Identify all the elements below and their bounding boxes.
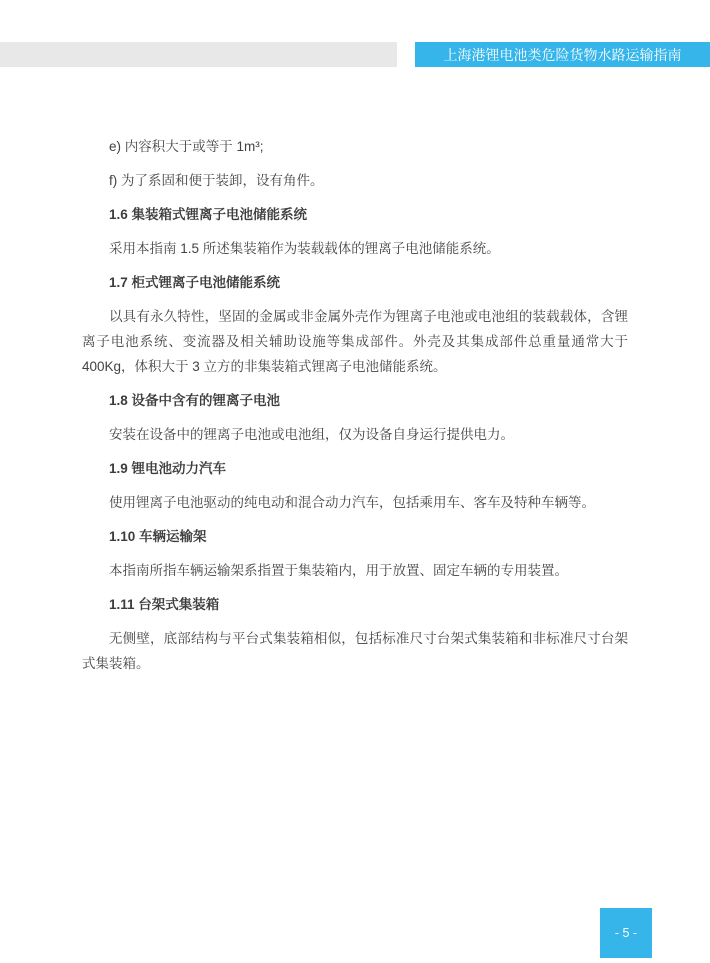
paragraph-1-10: 本指南所指车辆运输架系指置于集装箱内，用于放置、固定车辆的专用装置。 [82, 558, 628, 583]
heading-1-6: 1.6 集装箱式锂离子电池储能系统 [82, 202, 628, 227]
paragraph-1-7: 以具有永久特性，坚固的金属或非金属外壳作为锂离子电池或电池组的装载载体，含锂离子… [82, 304, 628, 379]
paragraph-1-8: 安装在设备中的锂离子电池或电池组，仅为设备自身运行提供电力。 [82, 422, 628, 447]
page-number: - 5 - [615, 926, 637, 940]
heading-1-8: 1.8 设备中含有的锂离子电池 [82, 388, 628, 413]
paragraph-1-9: 使用锂离子电池驱动的纯电动和混合动力汽车，包括乘用车、客车及特种车辆等。 [82, 490, 628, 515]
heading-1-7: 1.7 柜式锂离子电池储能系统 [82, 270, 628, 295]
page-number-badge: - 5 - [600, 908, 652, 958]
header-gray-bar [0, 42, 397, 67]
header-title-bar: 上海港锂电池类危险货物水路运输指南 [415, 42, 710, 67]
clause-e: e) 内容积大于或等于 1m³; [82, 134, 628, 159]
paragraph-1-11: 无侧壁，底部结构与平台式集装箱相似，包括标准尺寸台架式集装箱和非标准尺寸台架式集… [82, 626, 628, 676]
paragraph-1-6: 采用本指南 1.5 所述集装箱作为装载载体的锂离子电池储能系统。 [82, 236, 628, 261]
document-title: 上海港锂电池类危险货物水路运输指南 [444, 45, 682, 65]
heading-1-9: 1.9 锂电池动力汽车 [82, 456, 628, 481]
document-body: e) 内容积大于或等于 1m³; f) 为了系固和便于装卸，设有角件。 1.6 … [82, 134, 628, 685]
heading-1-10: 1.10 车辆运输架 [82, 524, 628, 549]
clause-f: f) 为了系固和便于装卸，设有角件。 [82, 168, 628, 193]
heading-1-11: 1.11 台架式集装箱 [82, 592, 628, 617]
